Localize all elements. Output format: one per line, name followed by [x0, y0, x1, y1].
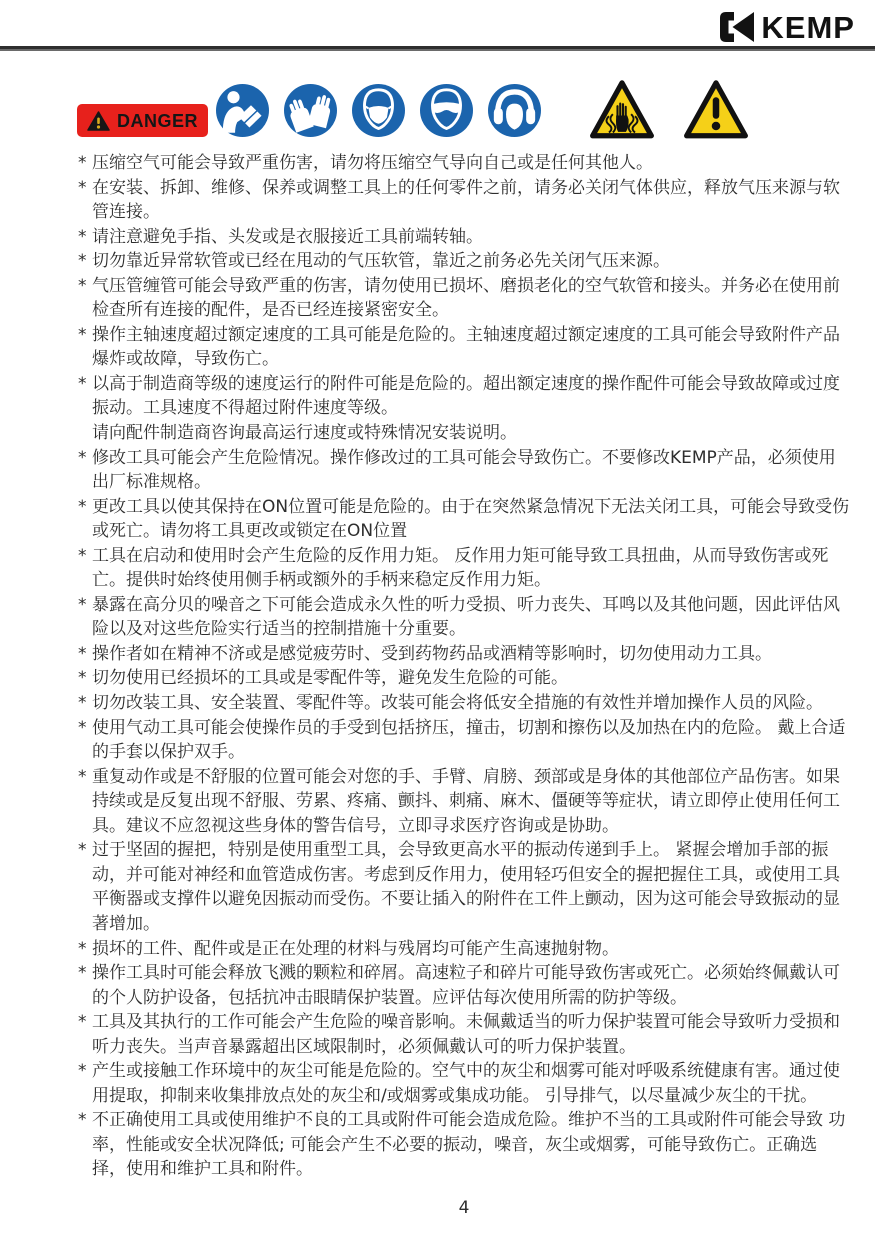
safety-item-text: 以高于制造商等级的速度运行的附件可能是危险的。超出额定速度的操作配件可能会导致故… — [92, 372, 850, 446]
bullet-marker: * — [78, 249, 92, 274]
safety-item-text: 在安装、拆卸、维修、保养或调整工具上的任何零件之前，请务必关闭气体供应，释放气压… — [92, 176, 850, 225]
safety-list-item: *压缩空气可能会导致严重伤害，请勿将压缩空气导向自己或是任何其他人。 — [78, 151, 850, 176]
safety-list-item: *以高于制造商等级的速度运行的附件可能是危险的。超出额定速度的操作配件可能会导致… — [78, 372, 850, 446]
danger-label: DANGER — [117, 112, 198, 130]
safety-list-item: *修改工具可能会产生危险情况。操作修改过的工具可能会导致伤亡。不要修改KEMP产… — [78, 446, 850, 495]
bullet-marker: * — [78, 1059, 92, 1108]
safety-list-item: *暴露在高分贝的噪音之下可能会造成永久性的听力受损、听力丧失、耳鸣以及其他问题，… — [78, 593, 850, 642]
safety-item-text: 气压管缠管可能会导致严重的伤害，请勿使用已损坏、磨损老化的空气软管和接头。并务必… — [92, 274, 850, 323]
safety-list-item: *操作工具时可能会释放飞溅的颗粒和碎屑。高速粒子和碎片可能导致伤害或死亡。必须始… — [78, 961, 850, 1010]
kemp-logo-icon — [720, 12, 754, 42]
safety-pictogram-row: DANGER — [0, 77, 875, 137]
safety-list-item: *气压管缠管可能会导致严重的伤害，请勿使用已损坏、磨损老化的空气软管和接头。并务… — [78, 274, 850, 323]
safety-item-text: 工具在启动和使用时会产生危险的反作用力矩。 反作用力矩可能导致工具扭曲，从而导致… — [92, 544, 850, 593]
safety-list-item: *请注意避免手指、头发或是衣服接近工具前端转轴。 — [78, 225, 850, 250]
bullet-marker: * — [78, 1010, 92, 1059]
bullet-marker: * — [78, 666, 92, 691]
safety-item-text: 压缩空气可能会导致严重伤害，请勿将压缩空气导向自己或是任何其他人。 — [92, 151, 850, 176]
bullet-marker: * — [78, 495, 92, 544]
bullet-marker: * — [78, 446, 92, 495]
safety-list: *压缩空气可能会导致严重伤害，请勿将压缩空气导向自己或是任何其他人。*在安装、拆… — [78, 151, 850, 1182]
safety-list-item: *产生或接触工作环境中的灰尘可能是危险的。空气中的灰尘和烟雾可能对呼吸系统健康有… — [78, 1059, 850, 1108]
safety-item-text: 暴露在高分贝的噪音之下可能会造成永久性的听力受损、听力丧失、耳鸣以及其他问题，因… — [92, 593, 850, 642]
manual-page: KEMP DANGER — [0, 0, 875, 1240]
safety-item-text: 操作主轴速度超过额定速度的工具可能是危险的。主轴速度超过额定速度的工具可能会导致… — [92, 323, 850, 372]
bullet-marker: * — [78, 544, 92, 593]
bullet-marker: * — [78, 151, 92, 176]
safety-item-text: 切勿改装工具、安全装置、零配件等。改装可能会将低安全措施的有效性并增加操作人员的… — [92, 691, 850, 716]
bullet-marker: * — [78, 691, 92, 716]
page-header: KEMP — [0, 0, 875, 46]
bullet-marker: * — [78, 225, 92, 250]
safety-list-item: *重复动作或是不舒服的位置可能会对您的手、手臂、肩膀、颈部或是身体的其他部位产品… — [78, 765, 850, 839]
bullet-marker: * — [78, 176, 92, 225]
safety-item-text: 使用气动工具可能会使操作员的手受到包括挤压，撞击，切割和擦伤以及加热在内的危险。… — [92, 716, 850, 765]
header-divider — [0, 46, 875, 51]
wear-eye-protection-icon — [420, 84, 473, 137]
bullet-marker: * — [78, 1108, 92, 1182]
kemp-logo: KEMP — [720, 12, 855, 43]
safety-list-item: *操作主轴速度超过额定速度的工具可能是危险的。主轴速度超过额定速度的工具可能会导… — [78, 323, 850, 372]
bullet-marker: * — [78, 593, 92, 642]
safety-item-text: 损坏的工件、配件或是正在处理的材料与残屑均可能产生高速抛射物。 — [92, 937, 850, 962]
safety-list-item: *在安装、拆卸、维修、保养或调整工具上的任何零件之前，请务必关闭气体供应，释放气… — [78, 176, 850, 225]
safety-item-text: 切勿使用已经损坏的工具或是零配件等，避免发生危险的可能。 — [92, 666, 850, 691]
safety-list-item: *切勿改装工具、安全装置、零配件等。改装可能会将低安全措施的有效性并增加操作人员… — [78, 691, 850, 716]
danger-badge: DANGER — [77, 104, 208, 137]
wear-protective-gloves-icon — [284, 84, 337, 137]
safety-list-item: *不正确使用工具或使用维护不良的工具或附件可能会造成危险。维护不当的工具或附件可… — [78, 1108, 850, 1182]
bullet-marker: * — [78, 937, 92, 962]
safety-item-text: 产生或接触工作环境中的灰尘可能是危险的。空气中的灰尘和烟雾可能对呼吸系统健康有害… — [92, 1059, 850, 1108]
safety-item-text: 工具及其执行的工作可能会产生危险的噪音影响。未佩戴适当的听力保护装置可能会导致听… — [92, 1010, 850, 1059]
safety-item-text: 请注意避免手指、头发或是衣服接近工具前端转轴。 — [92, 225, 850, 250]
safety-item-text: 更改工具以使其保持在ON位置可能是危险的。由于在突然紧急情况下无法关闭工具，可能… — [92, 495, 850, 544]
safety-item-text: 过于坚固的握把，特别是使用重型工具，会导致更高水平的振动传递到手上。 紧握会增加… — [92, 838, 850, 936]
safety-item-text: 操作工具时可能会释放飞溅的颗粒和碎屑。高速粒子和碎片可能导致伤害或死亡。必须始终… — [92, 961, 850, 1010]
wear-ear-protection-icon — [488, 84, 541, 137]
safety-item-text: 操作者如在精神不济或是感觉疲劳时、受到药物药品或酒精等影响时，切勿使用动力工具。 — [92, 642, 850, 667]
safety-list-item: *操作者如在精神不济或是感觉疲劳时、受到药物药品或酒精等影响时，切勿使用动力工具… — [78, 642, 850, 667]
safety-item-text: 重复动作或是不舒服的位置可能会对您的手、手臂、肩膀、颈部或是身体的其他部位产品伤… — [92, 765, 850, 839]
safety-list-item: *损坏的工件、配件或是正在处理的材料与残屑均可能产生高速抛射物。 — [78, 937, 850, 962]
wear-face-mask-icon — [352, 84, 405, 137]
safety-list-item: *工具在启动和使用时会产生危险的反作用力矩。 反作用力矩可能导致工具扭曲，从而导… — [78, 544, 850, 593]
hand-vibration-hazard-icon — [582, 79, 662, 139]
safety-list-item: *工具及其执行的工作可能会产生危险的噪音影响。未佩戴适当的听力保护装置可能会导致… — [78, 1010, 850, 1059]
bullet-marker: * — [78, 961, 92, 1010]
safety-item-text: 不正确使用工具或使用维护不良的工具或附件可能会造成危险。维护不当的工具或附件可能… — [92, 1108, 850, 1182]
safety-list-item: *使用气动工具可能会使操作员的手受到包括挤压，撞击，切割和擦伤以及加热在内的危险… — [78, 716, 850, 765]
safety-item-text: 修改工具可能会产生危险情况。操作修改过的工具可能会导致伤亡。不要修改KEMP产品… — [92, 446, 850, 495]
bullet-marker: * — [78, 372, 92, 446]
general-warning-icon — [676, 79, 756, 139]
bullet-marker: * — [78, 838, 92, 936]
bullet-marker: * — [78, 274, 92, 323]
bullet-marker: * — [78, 642, 92, 667]
safety-list-item: *切勿靠近异常软管或已经在甩动的气压软管，靠近之前务必先关闭气压来源。 — [78, 249, 850, 274]
bullet-marker: * — [78, 765, 92, 839]
bullet-marker: * — [78, 323, 92, 372]
bullet-marker: * — [78, 716, 92, 765]
safety-list-item: *过于坚固的握把，特别是使用重型工具，会导致更高水平的振动传递到手上。 紧握会增… — [78, 838, 850, 936]
safety-list-item: *切勿使用已经损坏的工具或是零配件等，避免发生危险的可能。 — [78, 666, 850, 691]
page-number: 4 — [459, 1198, 470, 1218]
safety-item-text: 切勿靠近异常软管或已经在甩动的气压软管，靠近之前务必先关闭气压来源。 — [92, 249, 850, 274]
safety-list-item: *更改工具以使其保持在ON位置可能是危险的。由于在突然紧急情况下无法关闭工具，可… — [78, 495, 850, 544]
warning-triangle-icon — [87, 111, 110, 131]
page-footer: 4 — [78, 1198, 850, 1218]
read-manual-icon — [216, 84, 269, 137]
brand-name: KEMP — [761, 12, 855, 43]
